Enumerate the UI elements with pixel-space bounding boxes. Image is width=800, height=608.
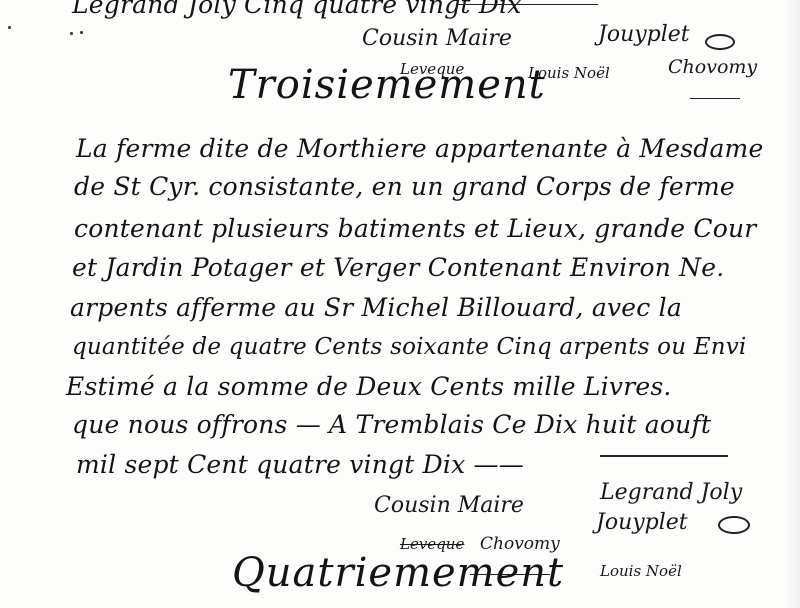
signature-jouyplet-bottom: Jouyplet	[596, 510, 688, 535]
body-line-2: de St Cyr. consistante, en un grand Corp…	[74, 172, 735, 201]
signature-chovomy: Chovomy	[668, 56, 757, 78]
closing-rule	[600, 455, 728, 457]
body-line-6: quantitée de quatre Cents soixante Cinq …	[72, 334, 746, 360]
signature-flourish	[690, 98, 740, 99]
signature-cousin-maire: Cousin Maire	[362, 26, 512, 51]
signature-jouyplet: Jouyplet	[598, 22, 690, 47]
body-line-4: et Jardin Potager et Verger Contenant En…	[72, 253, 724, 282]
section-heading-troisiemement: Troisiemement	[228, 62, 546, 108]
margin-mark	[80, 31, 83, 34]
document-page: Legrand Joly Cinq quatre vingt Dix Cousi…	[0, 0, 800, 608]
paraph-flourish-bottom	[718, 516, 750, 534]
page-edge-shadow	[786, 0, 800, 608]
body-line-9: mil sept Cent quatre vingt Dix ——	[76, 450, 524, 479]
signature-louis-noel-bottom: Louis Noël	[600, 562, 682, 580]
body-line-7: Estimé a la somme de Deux Cents mille Li…	[66, 372, 672, 401]
margin-mark	[70, 32, 73, 35]
body-line-5: arpents afferme au Sr Michel Billouard, …	[70, 293, 682, 322]
body-line-8: que nous offrons — A Tremblais Ce Dix hu…	[72, 410, 711, 439]
body-line-3: contenant plusieurs batiments et Lieux, …	[74, 214, 756, 243]
top-fragment-line: Legrand Joly Cinq quatre vingt Dix	[72, 0, 522, 19]
paraph-flourish	[705, 34, 735, 50]
margin-mark	[8, 26, 11, 29]
top-line-rule	[458, 4, 598, 5]
section-heading-quatriemement: Quatriemement	[232, 550, 564, 596]
signature-cousin-maire-bottom: Cousin Maire	[374, 493, 524, 518]
body-line-1: La ferme dite de Morthiere appartenante …	[76, 134, 763, 163]
signature-legrand-joly-bottom: Legrand Joly	[600, 480, 742, 505]
